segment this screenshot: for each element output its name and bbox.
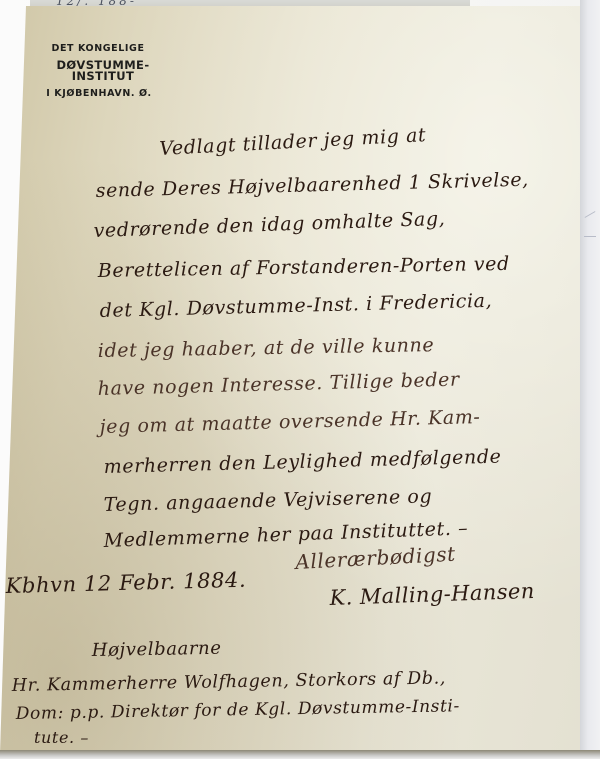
letterhead: DET KONGELIGE DØVSTUMME-INSTITUT I KJØBE… [28, 44, 178, 98]
paper-right-edge [580, 0, 600, 759]
letterhead-line-2: DØVSTUMME-INSTITUT [28, 60, 178, 83]
letterhead-line-3: I KJØBENHAVN. Ø. [28, 89, 178, 99]
addressee-salutation: Højvelbaarne [92, 638, 222, 661]
paper-curl-mark [584, 236, 596, 237]
bottom-edge-shadow [0, 750, 600, 759]
addressee-line-3: tute. – [34, 728, 89, 747]
paper-curl-mark [585, 211, 596, 218]
scanned-letter-scene: 12/. 188- DET KONGELIGE DØVSTUMME-INSTIT… [0, 0, 600, 759]
letterhead-line-1: DET KONGELIGE [28, 44, 178, 54]
